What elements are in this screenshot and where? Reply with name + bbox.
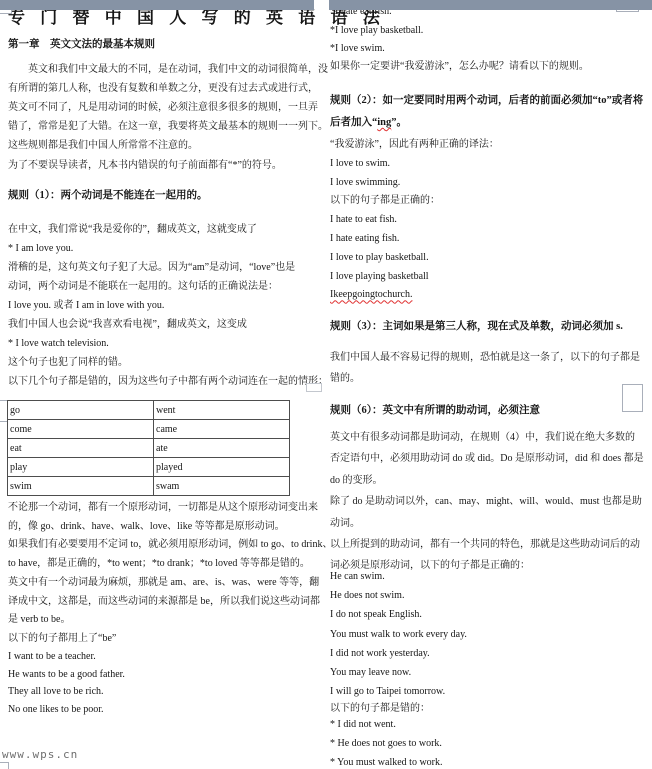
page-break-bar-right (329, 0, 652, 10)
text-line: 英文和我们中文最大的不同，是在动词，我们中文的动词很简单，没 (8, 60, 328, 79)
text-line: 以下的句子都用上了“be” (8, 630, 332, 649)
wps-watermark: www.wps.cn (2, 748, 78, 761)
rule2-heading-line2: 后者加入“ing”。 (330, 112, 643, 134)
example-sentence: He wants to be a good father. (8, 666, 125, 684)
text-line: 滑稽的是，这句英文句子犯了大忌。因为“am”是动词，“love”也是 (8, 258, 328, 277)
be-example-list: I want to be a teacher.He wants to be a … (8, 648, 125, 718)
text-line: 这些规则都是我们中国人所常常不注意的。 (8, 136, 328, 155)
text-line: I love to swim. (330, 155, 499, 174)
wrong-sentence: * I did not went. (330, 716, 443, 735)
wrong-sentence-list: *I hate eat fish.*I love play basketball… (330, 3, 423, 59)
verb-forms-table: go went come came eat ate play played sw… (7, 400, 290, 496)
rule2-heading: 规则（2）：如一定要同时用两个动词，后者的前面必须加“to”或者将 后者加入“i… (330, 90, 643, 134)
wrong-example-list: * I did not went.* He does not goes to w… (330, 716, 443, 769)
wrong-sentence: * You must walked to work. (330, 754, 443, 769)
table-row: swim swam (8, 477, 290, 496)
wrong-sentence: * He does not goes to work. (330, 735, 443, 754)
table-row: eat ate (8, 439, 290, 458)
rule1-heading: 规则（1）：两个动词是不能连在一起用的。 (8, 187, 208, 202)
base-verb-paragraph: 不论那一个动词，都有一个原形动词，一切都是从这个原形动词变出来的，像 go、dr… (8, 499, 332, 649)
heading-text: 后者加入“ (330, 117, 377, 128)
text-line: 错了，常常是犯了大错。在这一章，我要将英文最基本的规则一一列下。 (8, 117, 328, 136)
text-line: 的，像 go、drink、have、walk、love、like 等等都是原形动… (8, 518, 332, 537)
verb-table-body: go went come came eat ate play played sw… (8, 401, 290, 496)
heading-text: ”。 (391, 117, 407, 128)
verb-past-cell: ate (154, 439, 290, 458)
example-sentence: I do not speak English. (330, 605, 467, 624)
text-line: 动词。 (330, 513, 644, 534)
verb-past-cell: swam (154, 477, 290, 496)
verb-base-cell: swim (8, 477, 154, 496)
verb-past-cell: played (154, 458, 290, 477)
example-sentence: You may leave now. (330, 663, 467, 682)
wrong-sentence: *I love swim. (330, 40, 423, 59)
text-line: 这个句子也犯了同样的错。 (8, 353, 328, 372)
text-line: 如果我们有必要要用不定词 to，就必须用原形动词，例如 to go、to dri… (8, 536, 332, 555)
example-sentence: They all love to be rich. (8, 683, 125, 701)
table-row: go went (8, 401, 290, 420)
rule2-heading-line1: 规则（2）：如一定要同时用两个动词，后者的前面必须加“to”或者将 (330, 90, 643, 112)
document-canvas: 专 门 替 中 国 人 写 的 英 语 语 法 第一章 英文文法的最基本规则 英… (0, 0, 652, 769)
text-line: 我们中国人最不容易记得的规则，恐怕就是这一条了，以下的句子都是 (330, 347, 640, 368)
example-sentence: He can swim. (330, 567, 467, 586)
text-line: 除了 do 是助动词以外，can、may、might、will、would、mu… (330, 491, 644, 512)
text-line: 英文可不同了，凡是用动词的时候，必须注意很多很多的规则，一旦弄 (8, 98, 328, 117)
rule2-body: “我爱游泳”，因此有两种正确的译法：I love to swim.I love … (330, 136, 499, 305)
text-line: 动词，两个动词是不能联在一起用的。这句话的正确说法是： (8, 277, 328, 296)
rule6-body: 英文中有很多动词都是助词动，在规则（4）中，我们说在绝大多数的否定语句中，必须用… (330, 427, 644, 577)
rule6-heading: 规则（6）：英文中有所谓的助动词，必须注意 (330, 402, 540, 417)
text-line: 我们中国人也会说“我喜欢看电视”，翻成英文，这变成 (8, 315, 328, 334)
page-corner-mark (0, 762, 9, 769)
verb-base-cell: play (8, 458, 154, 477)
text-line: I love you. 或者 I am in love with you. (8, 296, 328, 315)
example-sentence: No one likes to be poor. (8, 701, 125, 719)
text-line: 是 verb to be。 (8, 611, 332, 630)
example-sentence: He does not swim. (330, 586, 467, 605)
text-line: * I am love you. (8, 239, 328, 258)
example-sentence: I did not work yesterday. (330, 644, 467, 663)
rule2-example-list: “我爱游泳”，因此有两种正确的译法：I love to swim.I love … (330, 136, 499, 286)
example-sentence: I want to be a teacher. (8, 648, 125, 666)
text-line: 在中文，我们常说“我是爱你的”，翻成英文，这就变成了 (8, 220, 328, 239)
text-line: do 的变形。 (330, 470, 644, 491)
chapter-heading: 第一章 英文文法的最基本规则 (8, 36, 155, 51)
text-line: 否定语句中，必须用助动词 do 或 did。Do 是原形动词，did 和 doe… (330, 448, 644, 469)
spellcheck-underline-sentence: Ikeepgoingtochurch. (330, 286, 499, 305)
verb-base-cell: come (8, 420, 154, 439)
page-corner-mark (306, 383, 322, 392)
question-line: 如果你一定要讲“我爱游泳”，怎么办呢？请看以下的规则。 (330, 57, 589, 72)
error-marker-note: 为了不要误导读者，凡本书内错误的句子前面都有“*”的符号。 (8, 156, 282, 171)
page-corner-mark (622, 384, 643, 412)
verb-past-cell: came (154, 420, 290, 439)
table-row: play played (8, 458, 290, 477)
text-line: I hate eating fish. (330, 230, 499, 249)
table-row: come came (8, 420, 290, 439)
rule3-body: 我们中国人最不容易记得的规则，恐怕就是这一条了，以下的句子都是错的。 (330, 347, 640, 390)
text-line: 错的。 (330, 368, 640, 389)
correct-example-list: He can swim.He does not swim.I do not sp… (330, 567, 467, 701)
rule1-body: 在中文，我们常说“我是爱你的”，翻成英文，这就变成了* I am love yo… (8, 220, 328, 391)
rule3-heading: 规则（3）：主词如果是第三人称，现在式及单数，动词必须加 s. (330, 318, 623, 333)
text-line: 以下的句子都是正确的： (330, 192, 499, 211)
text-line: 译成中文，这都是，而这些动词的来源都是 be，所以我们说这些动词都 (8, 593, 332, 612)
text-line: * I love watch television. (8, 334, 328, 353)
spellcheck-underline-ing: ing (377, 117, 391, 128)
text-line: “我爱游泳”，因此有两种正确的译法： (330, 136, 499, 155)
text-line: 不论那一个动词，都有一个原形动词，一切都是从这个原形动词变出来 (8, 499, 332, 518)
text-line: I hate to eat fish. (330, 211, 499, 230)
intro-paragraph: 英文和我们中文最大的不同，是在动词，我们中文的动词很简单，没有所谓的第几人称，也… (8, 60, 328, 155)
text-line: 英文中有一个动词最为麻烦，那就是 am、are、is、was、were 等等，翻 (8, 574, 332, 593)
text-line: I love swimming. (330, 174, 499, 193)
wrong-sentence: *I love play basketball. (330, 22, 423, 41)
text-line: to have，都是正确的，*to went；*to drank；*to lov… (8, 555, 332, 574)
verb-base-cell: eat (8, 439, 154, 458)
text-line: 以下几个句子都是错的，因为这些句子中都有两个动词连在一起的情形： (8, 372, 328, 391)
text-line: 以上所提到的助动词，都有一个共同的特色，那就是这些助动词后的动 (330, 534, 644, 555)
text-line: I love playing basketball (330, 268, 499, 287)
verb-base-cell: go (8, 401, 154, 420)
page-break-bar-left (0, 0, 314, 10)
text-line: 有所谓的第几人称，也没有复数和单数之分，更没有过去式或进行式， (8, 79, 328, 98)
text-line: I love to play basketball. (330, 249, 499, 268)
example-sentence: You must walk to work every day. (330, 625, 467, 644)
verb-past-cell: went (154, 401, 290, 420)
text-line: 英文中有很多动词都是助词动，在规则（4）中，我们说在绝大多数的 (330, 427, 644, 448)
wrong-intro-line: 以下的句子都是错的： (330, 699, 430, 714)
